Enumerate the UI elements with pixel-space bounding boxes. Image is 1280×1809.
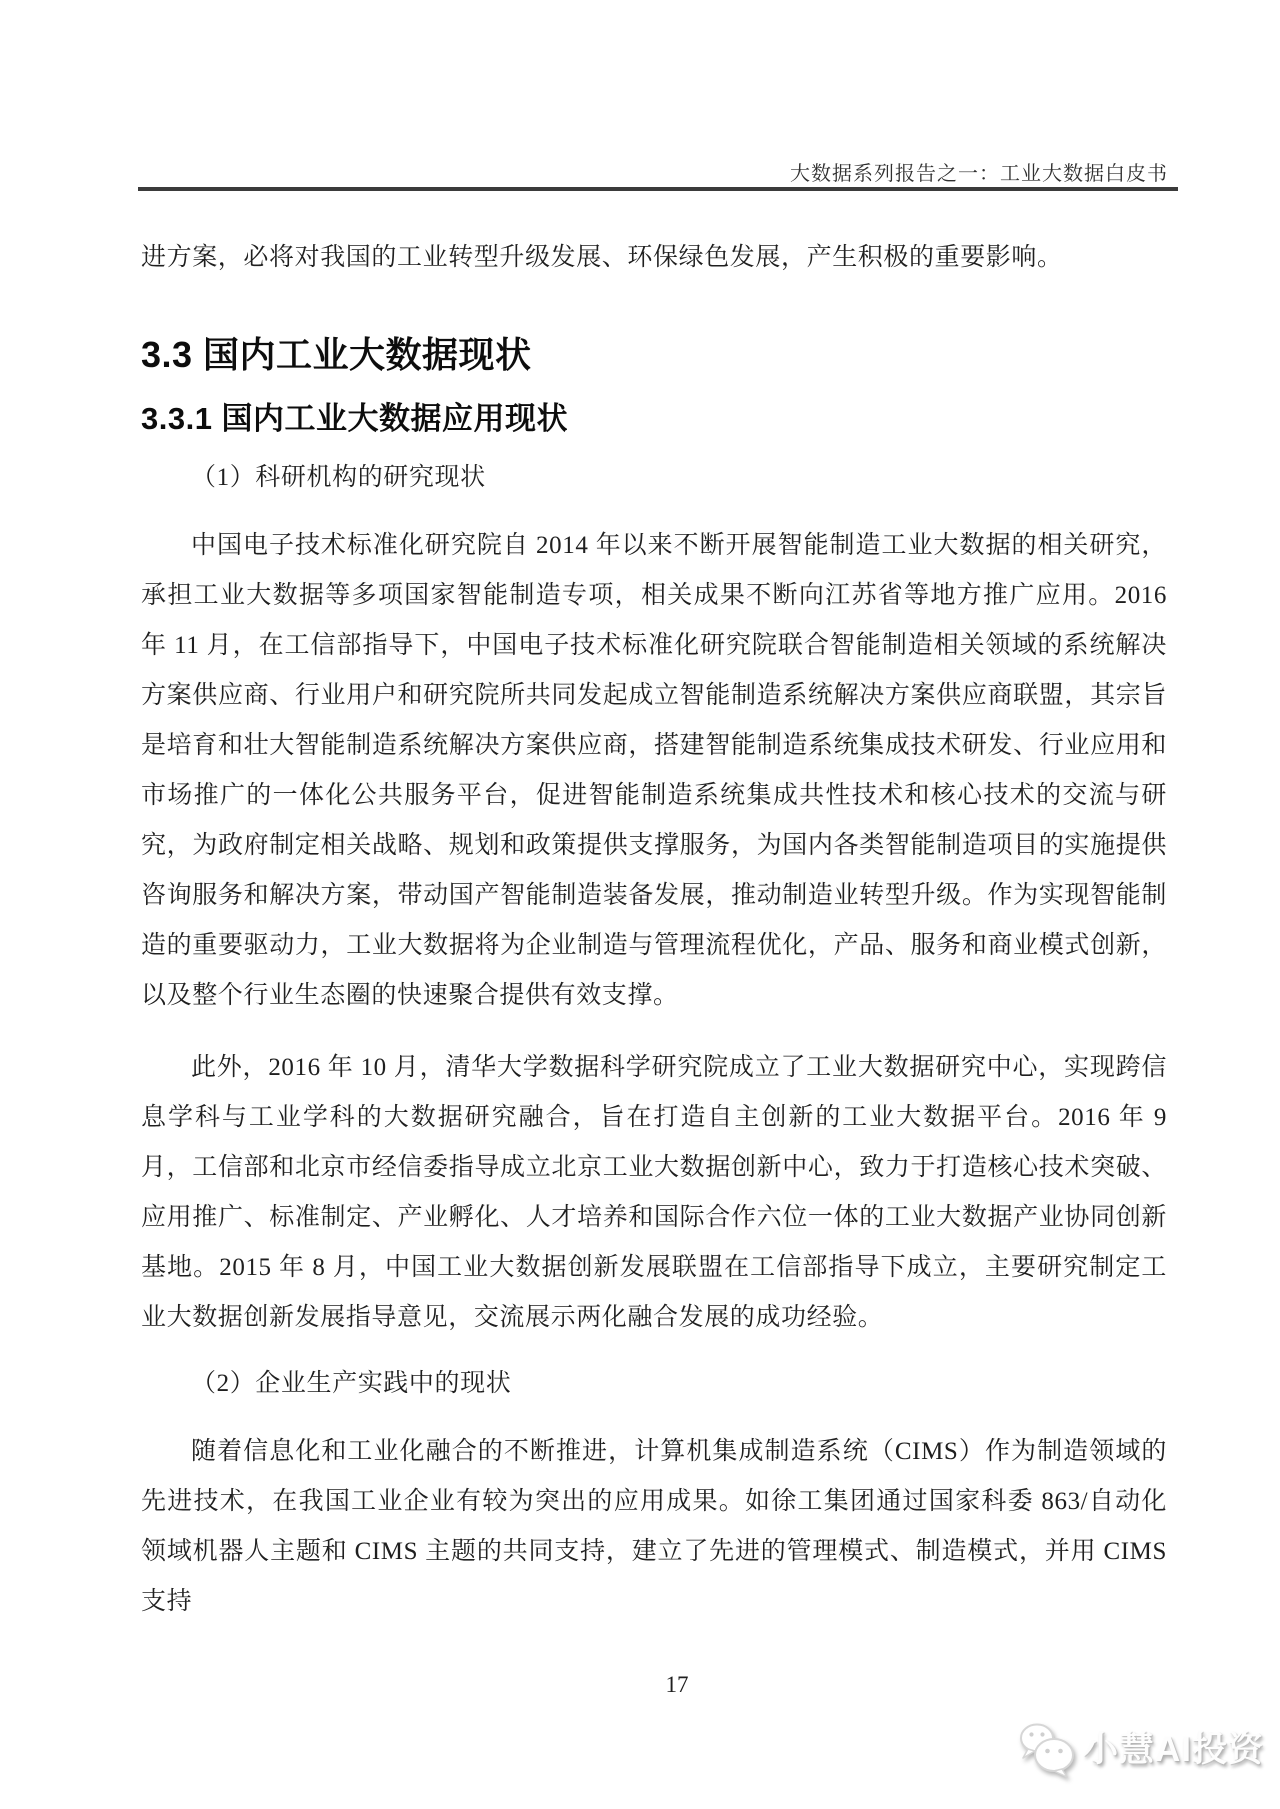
list-item-research-institutes: （1）科研机构的研究现状 — [141, 453, 1167, 503]
subsection-heading: 3.3.1 国内工业大数据应用现状 — [141, 400, 1167, 438]
page-content: 进方案，必将对我国的工业转型升级发展、环保绿色发展，产生积极的重要影响。 3.3… — [141, 233, 1167, 1627]
watermark-label: 小慧AI投资 — [1083, 1730, 1264, 1770]
section-heading: 3.3 国内工业大数据现状 — [141, 333, 1167, 377]
paragraph-research-status: 中国电子技术标准化研究院自 2014 年以来不断开展智能制造工业大数据的相关研究… — [141, 521, 1167, 1021]
page-number: 17 — [637, 1672, 717, 1698]
wechat-bubbles-icon — [1018, 1722, 1076, 1778]
document-page: 大数据系列报告之一：工业大数据白皮书 进方案，必将对我国的工业转型升级发展、环保… — [0, 0, 1280, 1809]
running-header-title: 大数据系列报告之一：工业大数据白皮书 — [138, 162, 1168, 186]
header-rule — [138, 187, 1178, 191]
paragraph-innovation-centers: 此外，2016 年 10 月，清华大学数据科学研究院成立了工业大数据研究中心，实… — [141, 1043, 1167, 1343]
list-item-enterprise-practice: （2）企业生产实践中的现状 — [141, 1359, 1167, 1409]
paragraph-cims-application: 随着信息化和工业化融合的不断推进，计算机集成制造系统（CIMS）作为制造领域的先… — [141, 1427, 1167, 1627]
watermark: 小慧AI投资 — [1018, 1722, 1264, 1778]
continuation-paragraph: 进方案，必将对我国的工业转型升级发展、环保绿色发展，产生积极的重要影响。 — [141, 233, 1167, 283]
